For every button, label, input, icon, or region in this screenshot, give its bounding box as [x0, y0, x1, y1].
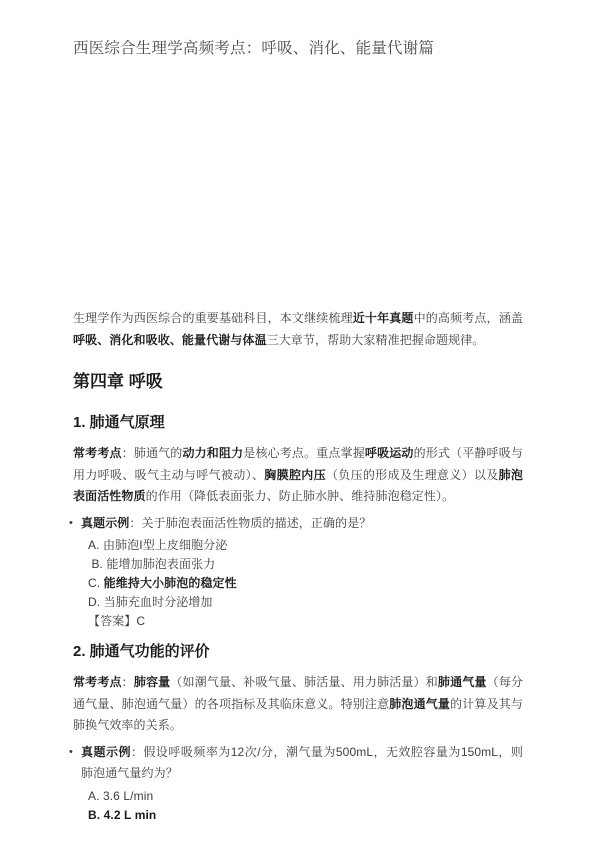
section-1-example-item: • 真题示例：关于肺泡表面活性物质的描述，正确的是？ A. 由肺泡I型上皮细胞分… [73, 513, 523, 632]
option-a: A. 3.6 L/min [81, 787, 523, 806]
intro-paragraph: 生理学作为西医综合的重要基础科目，本文继续梳理近十年真题中的高频考点，涵盖呼吸、… [73, 308, 523, 351]
section-2-example-body: 真题示例：假设呼吸频率为12次/分，潮气量为500mL，无效腔容量为150mL，… [81, 742, 523, 825]
example-question: 真题示例：假设呼吸频率为12次/分，潮气量为500mL，无效腔容量为150mL，… [81, 742, 523, 785]
example-question: 真题示例：关于肺泡表面活性物质的描述，正确的是？ [81, 513, 523, 535]
bullet-icon: • [69, 513, 73, 535]
section-1-key-points: 常考考点：肺通气的动力和阻力是核心考点。重点掌握呼吸运动的形式（平静呼吸与用力呼… [73, 443, 523, 508]
page-title: 西医综合生理学高频考点：呼吸、消化、能量代谢篇 [73, 38, 523, 59]
answer-line: 【答案】C [81, 612, 523, 631]
option-b: B. 4.2 L min [81, 806, 523, 825]
bullet-icon: • [69, 742, 73, 764]
option-d: D. 当肺充血时分泌增加 [81, 593, 523, 612]
section-lung-ventilation-evaluation: 2. 肺通气功能的评价 常考考点：肺容量（如潮气量、补吸气量、肺活量、用力肺活量… [73, 642, 523, 825]
option-a: A. 由肺泡I型上皮细胞分泌 [81, 536, 523, 555]
section-2-example-item: • 真题示例：假设呼吸频率为12次/分，潮气量为500mL，无效腔容量为150m… [73, 742, 523, 825]
section-2-heading: 2. 肺通气功能的评价 [73, 642, 523, 662]
chapter-heading: 第四章 呼吸 [73, 370, 523, 393]
option-c: C. 能维持大小肺泡的稳定性 [81, 574, 523, 593]
section-1-example-body: 真题示例：关于肺泡表面活性物质的描述，正确的是？ A. 由肺泡I型上皮细胞分泌 … [81, 513, 523, 632]
section-lung-ventilation-principle: 1. 肺通气原理 常考考点：肺通气的动力和阻力是核心考点。重点掌握呼吸运动的形式… [73, 413, 523, 631]
option-b: B. 能增加肺泡表面张力 [81, 555, 523, 574]
section-2-key-points: 常考考点：肺容量（如潮气量、补吸气量、肺活量、用力肺活量）和肺通气量（每分通气量… [73, 672, 523, 737]
section-1-heading: 1. 肺通气原理 [73, 413, 523, 433]
document-page: 西医综合生理学高频考点：呼吸、消化、能量代谢篇 生理学作为西医综合的重要基础科目… [0, 0, 596, 842]
